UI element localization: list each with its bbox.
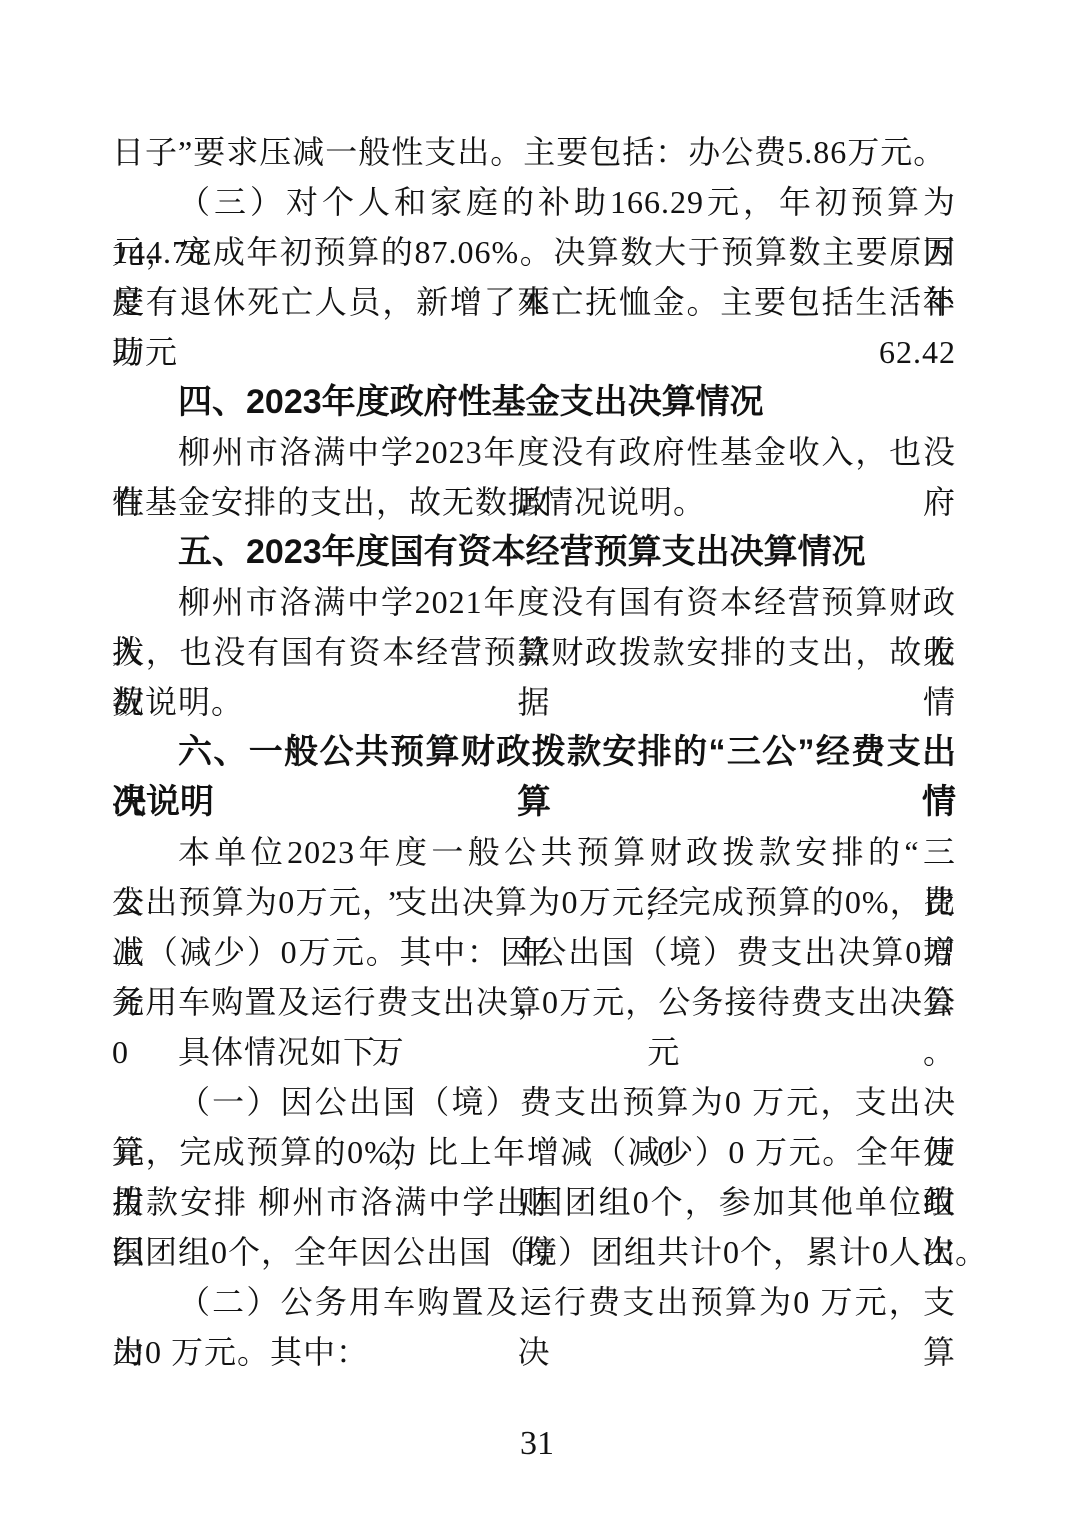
section-heading: 六、一般公共预算财政拨款安排的“三公”经费支出决算情 [112, 727, 956, 777]
text-line: 本单位2023年度一般公共预算财政拨款安排的“三公”经费 [112, 827, 956, 877]
section-heading: 五、2023年度国有资本经营预算支出决算情况 [112, 527, 956, 577]
text-line: 入，也没有国有资本经营预算财政拨款安排的支出，故无数据情 [112, 627, 956, 677]
text-line: 拨款安排 柳州市洛满中学出国团组0个，参加其他单位组织的出 [112, 1177, 956, 1227]
text-line: 务用车购置及运行费支出决算0万元，公务接待费支出决算0万元。 [112, 977, 956, 1027]
section-heading: 四、2023年度政府性基金支出决算情况 [112, 377, 956, 427]
text-line: 减（减少）0万元。其中：因公出国（境）费支出决算0万元，公 [112, 927, 956, 977]
text-line: 支出预算为0万元，支出决算为0万元，完成预算的0%，比上年增 [112, 877, 956, 927]
text-line: （一）因公出国（境）费支出预算为0 万元，支出决算为0 万 [112, 1077, 956, 1127]
text-line: 柳州市洛满中学2023年度没有政府性基金收入，也没有政府 [112, 427, 956, 477]
text-line: 日子”要求压减一般性支出。主要包括：办公费5.86万元。 [112, 127, 956, 177]
text-line: 元，完成年初预算的87.06%。决算数大于预算数主要原因是本年 [112, 227, 956, 277]
text-line: （三）对个人和家庭的补助166.29元，年初预算为144.78万 [112, 177, 956, 227]
text-line: 国团组0个，全年因公出国（境）团组共计0个，累计0人次。 [112, 1227, 956, 1277]
text-line: （二）公务用车购置及运行费支出预算为0 万元，支出决算 [112, 1277, 956, 1327]
page-number: 31 [0, 1425, 1074, 1463]
text-line: 柳州市洛满中学2021年度没有国有资本经营预算财政拨款收 [112, 577, 956, 627]
document-page: 日子”要求压减一般性支出。主要包括：办公费5.86万元。 （三）对个人和家庭的补… [0, 0, 1074, 1520]
document-text-area: 日子”要求压减一般性支出。主要包括：办公费5.86万元。 （三）对个人和家庭的补… [112, 127, 956, 1377]
text-line: 度有退休死亡人员，新增了死亡抚恤金。主要包括生活补助62.42 [112, 277, 956, 327]
text-line: 元，完成预算的0%，比上年增减（减少）0 万元。全年使用财政 [112, 1127, 956, 1177]
